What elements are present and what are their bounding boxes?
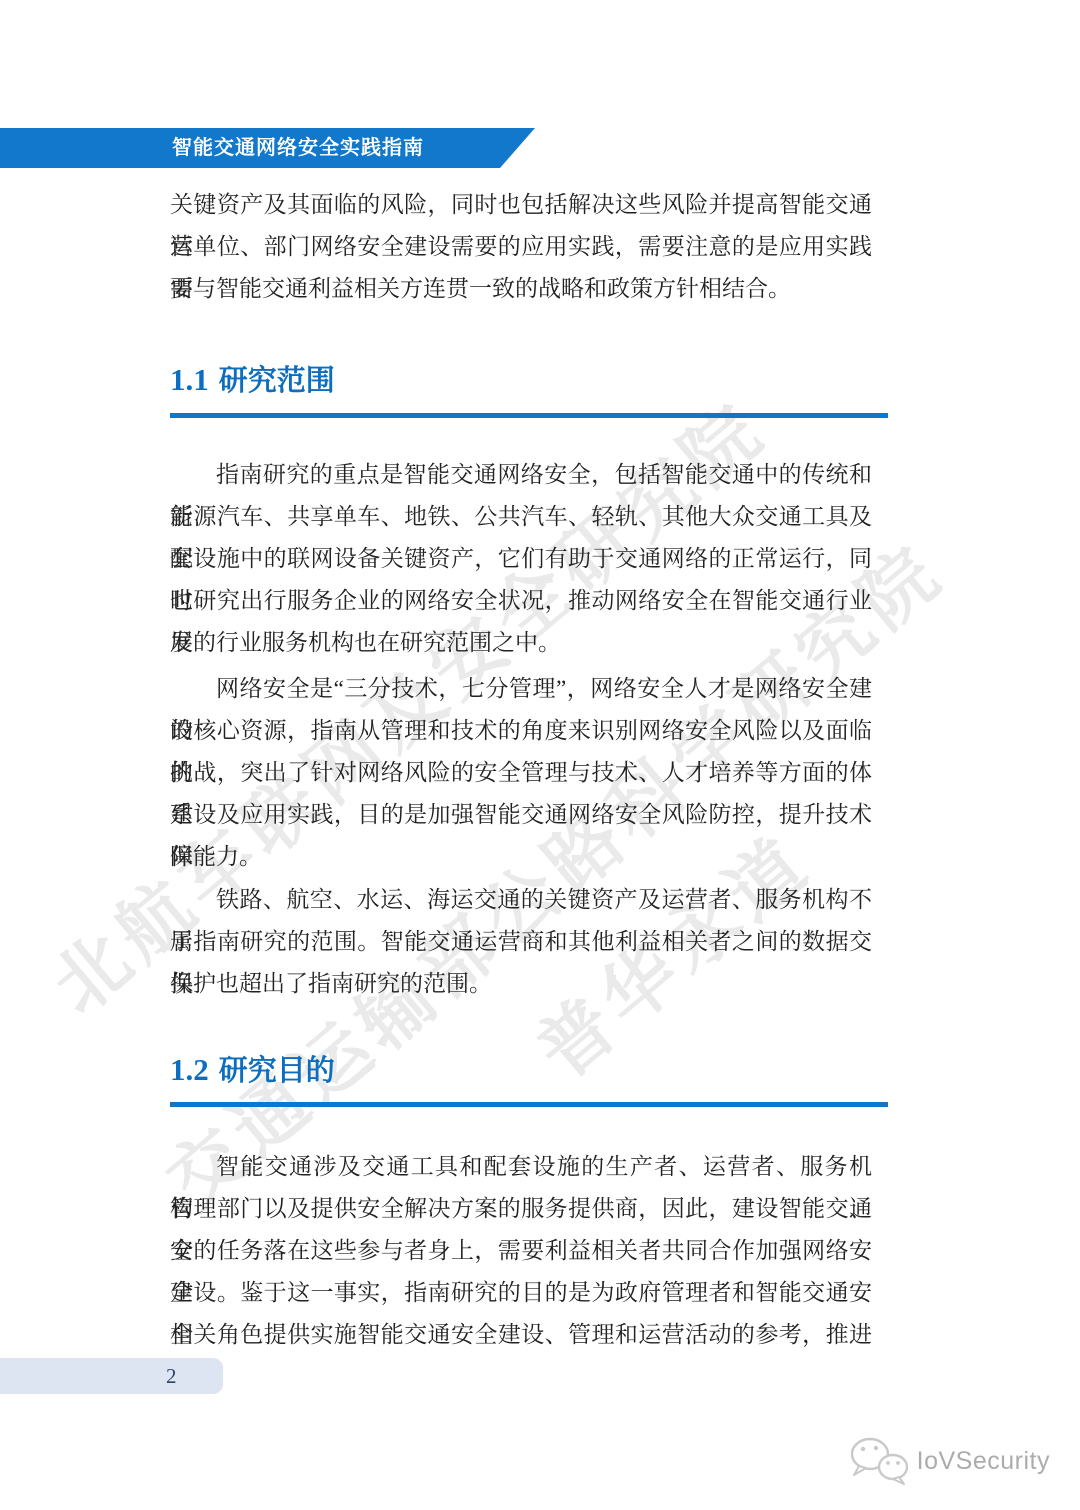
section-number: 1.1 <box>170 362 209 397</box>
section-heading-1-2: 1.2研究目的 <box>170 1051 335 1089</box>
text-line: 铁路、航空、水运、海运交通的关键资产及运营者、服务机构不属 <box>170 879 872 921</box>
header-title: 智能交通网络安全实践指南 <box>0 128 560 168</box>
text-line: 营单位、部门网络安全建设需要的应用实践，需要注意的是应用实践需 <box>170 226 872 268</box>
document-page: 北航车联网及安全研究院 交通运输部公路科学研究院 普华永道 智能交通网络安全实践… <box>0 0 1080 1510</box>
text-line: 指南研究的重点是智能交通网络安全，包括智能交通中的传统和新 <box>170 454 872 496</box>
text-line: 建设及应用实践，目的是加强智能交通网络安全风险防控，提升技术保 <box>170 794 872 836</box>
brand-watermark: IoVSecurity <box>848 1436 1050 1486</box>
brand-name: IoVSecurity <box>917 1447 1050 1476</box>
text-line: 的核心资源，指南从管理和技术的角度来识别网络安全风险以及面临的 <box>170 710 872 752</box>
section-1-1-paragraph-1: 指南研究的重点是智能交通网络安全，包括智能交通中的传统和新 能源汽车、共享单车、… <box>170 454 872 664</box>
section-1-1-paragraph-2: 网络安全是“三分技术，七分管理”，网络安全人才是网络安全建设 的核心资源，指南从… <box>170 668 872 878</box>
section-number: 1.2 <box>170 1052 209 1087</box>
text-line: 关键资产及其面临的风险，同时也包括解决这些风险并提高智能交通运 <box>170 184 872 226</box>
page-number-bar: 2 <box>0 1358 223 1394</box>
text-line: 管理部门以及提供安全解决方案的服务提供商，因此，建设智能交通安 <box>170 1188 872 1230</box>
wechat-icon <box>848 1436 908 1486</box>
page-header-banner: 智能交通网络安全实践指南 <box>0 128 560 168</box>
text-line: 保护也超出了指南研究的范围。 <box>170 963 872 1005</box>
text-line: 挑战，突出了针对网络风险的安全管理与技术、人才培养等方面的体系 <box>170 752 872 794</box>
section-title: 研究目的 <box>219 1055 335 1087</box>
text-line: 全的任务落在这些参与者身上，需要利益相关者共同合作加强网络安全 <box>170 1230 872 1272</box>
text-line: 能源汽车、共享单车、地铁、公共汽车、轻轨、其他大众交通工具及配 <box>170 496 872 538</box>
section-rule <box>170 413 888 418</box>
text-line: 建设。鉴于这一事实，指南研究的目的是为政府管理者和智能交通安全 <box>170 1272 872 1314</box>
text-line: 网络安全是“三分技术，七分管理”，网络安全人才是网络安全建设 <box>170 668 872 710</box>
text-line: 相关角色提供实施智能交通安全建设、管理和运营活动的参考，推进智 <box>170 1314 872 1356</box>
text-line: 套设施中的联网设备关键资产，它们有助于交通网络的正常运行，同时 <box>170 538 872 580</box>
intro-paragraph: 关键资产及其面临的风险，同时也包括解决这些风险并提高智能交通运 营单位、部门网络… <box>170 184 872 310</box>
text-line: 于指南研究的范围。智能交通运营商和其他利益相关者之间的数据交换 <box>170 921 872 963</box>
section-1-1-paragraph-3: 铁路、航空、水运、海运交通的关键资产及运营者、服务机构不属 于指南研究的范围。智… <box>170 879 872 1005</box>
text-line: 障能力。 <box>170 836 872 878</box>
page-number: 2 <box>166 1358 177 1394</box>
text-line: 展的行业服务机构也在研究范围之中。 <box>170 622 872 664</box>
section-1-2-paragraph-1: 智能交通涉及交通工具和配套设施的生产者、运营者、服务机构、 管理部门以及提供安全… <box>170 1146 872 1356</box>
section-heading-1-1: 1.1研究范围 <box>170 361 335 399</box>
text-line: 智能交通涉及交通工具和配套设施的生产者、运营者、服务机构、 <box>170 1146 872 1188</box>
text-line: 也研究出行服务企业的网络安全状况，推动网络安全在智能交通行业发 <box>170 580 872 622</box>
section-title: 研究范围 <box>219 365 335 397</box>
text-line: 要与智能交通利益相关方连贯一致的战略和政策方针相结合。 <box>170 268 872 310</box>
section-rule <box>170 1102 888 1107</box>
